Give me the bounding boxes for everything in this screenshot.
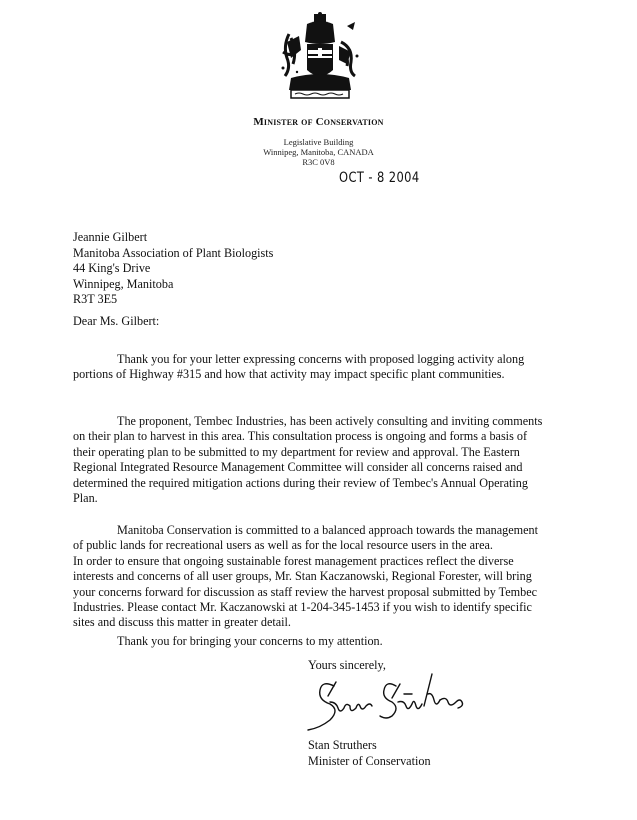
paragraph-line: Industries. Please contact Mr. Kaczanows…	[73, 600, 593, 615]
paragraph-line: interests and concerns of all user group…	[73, 569, 593, 584]
valediction: Yours sincerely,	[308, 658, 386, 673]
date-stamp: OCT - 8 2004	[339, 170, 420, 186]
signer-title: Minister of Conservation	[308, 754, 431, 770]
letterhead-address: Legislative Building Winnipeg, Manitoba,…	[0, 137, 637, 167]
signer-name: Stan Struthers	[308, 738, 431, 754]
recipient-address: Jeannie Gilbert Manitoba Association of …	[73, 230, 273, 308]
paragraph-3: Manitoba Conservation is committed to a …	[73, 523, 593, 631]
paragraph-line: Manitoba Conservation is committed to a …	[73, 523, 593, 538]
paragraph-4: Thank you for bringing your concerns to …	[117, 634, 637, 649]
paragraph-line: portions of Highway #315 and how that ac…	[73, 367, 593, 382]
paragraph-line: Thank you for bringing your concerns to …	[117, 634, 637, 649]
paragraph-line: determined the required mitigation actio…	[73, 476, 593, 491]
recipient-street: 44 King's Drive	[73, 261, 273, 277]
manitoba-coat-of-arms-icon	[277, 12, 363, 104]
recipient-organization: Manitoba Association of Plant Biologists	[73, 246, 273, 262]
paragraph-1: Thank you for your letter expressing con…	[73, 352, 593, 383]
paragraph-line: Plan.	[73, 491, 593, 506]
paragraph-line: In order to ensure that ongoing sustaina…	[73, 554, 593, 569]
paragraph-2: The proponent, Tembec Industries, has be…	[73, 414, 593, 506]
address-line: Winnipeg, Manitoba, CANADA	[0, 147, 637, 157]
paragraph-line: their operating plan to be submitted to …	[73, 445, 593, 460]
paragraph-line: Thank you for your letter expressing con…	[73, 352, 593, 367]
recipient-city: Winnipeg, Manitoba	[73, 277, 273, 293]
paragraph-line: your concerns forward for discussion as …	[73, 585, 593, 600]
salutation: Dear Ms. Gilbert:	[73, 314, 159, 329]
paragraph-line: Regional Integrated Resource Management …	[73, 460, 593, 475]
handwritten-signature-icon	[300, 672, 470, 732]
office-title: Minister of Conservation	[0, 116, 637, 128]
paragraph-line: sites and discuss this matter in greater…	[73, 615, 593, 630]
paragraph-line: of public lands for recreational users a…	[73, 538, 593, 553]
recipient-name: Jeannie Gilbert	[73, 230, 273, 246]
letter-page: Minister of Conservation Legislative Bui…	[0, 0, 637, 820]
signer-block: Stan Struthers Minister of Conservation	[308, 738, 431, 769]
paragraph-line: on their plan to harvest in this area. T…	[73, 429, 593, 444]
address-line: Legislative Building	[0, 137, 637, 147]
paragraph-line: The proponent, Tembec Industries, has be…	[73, 414, 593, 429]
address-line: R3C 0V8	[0, 157, 637, 167]
recipient-postal-code: R3T 3E5	[73, 292, 273, 308]
